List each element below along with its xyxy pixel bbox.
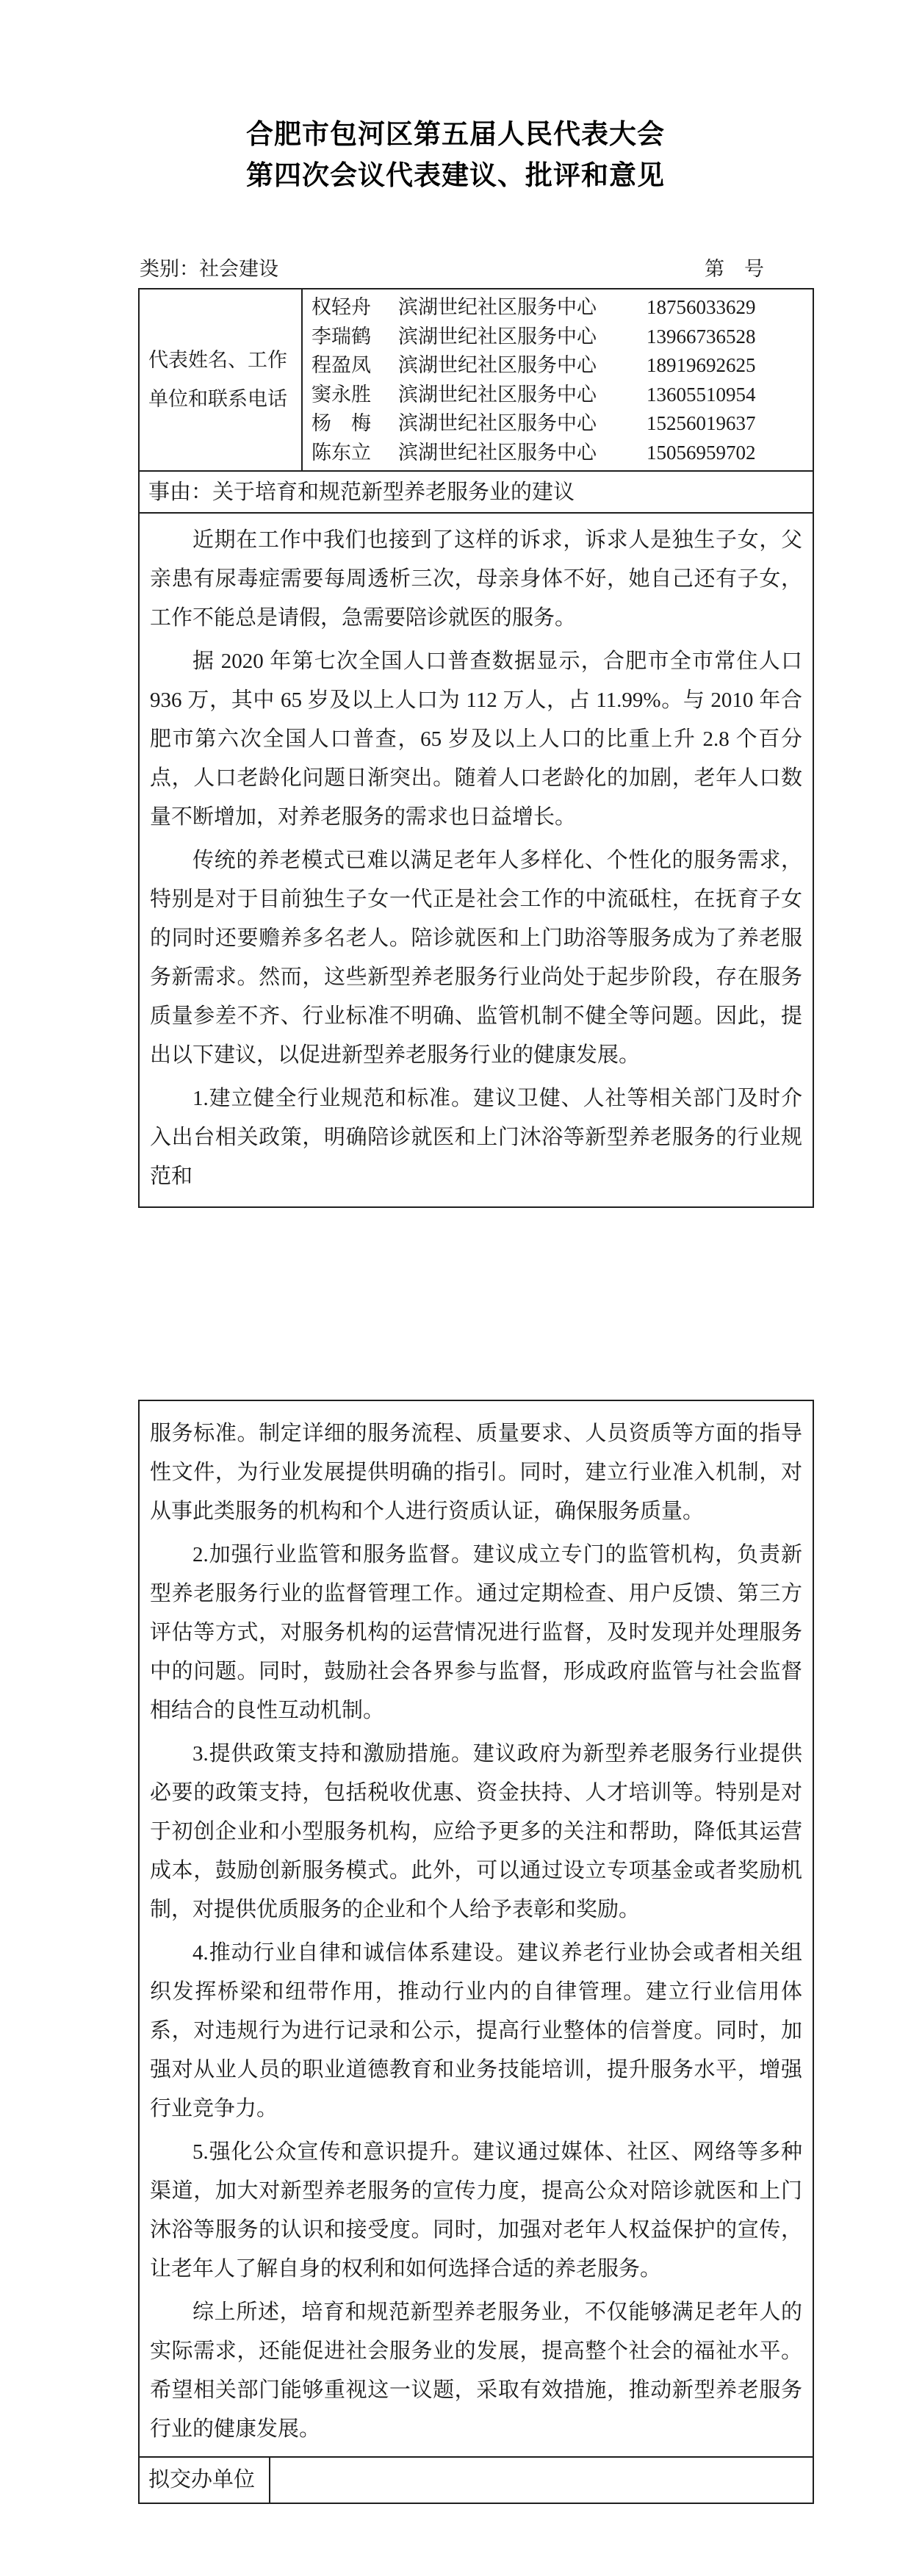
representative-name: 权轻舟 xyxy=(312,293,398,321)
representative-phone: 15256019637 xyxy=(647,409,813,437)
representative-name: 窦永胜 xyxy=(312,381,398,409)
document-page: { "title": { "line1": "合肥市包河区第五届人民代表大会",… xyxy=(0,0,911,2576)
representative-unit: 滨湖世纪社区服务中心 xyxy=(398,293,647,321)
body-paragraph: 近期在工作中我们也接到了这样的诉求，诉求人是独生子女，父亲患有尿毒症需要每周透析… xyxy=(150,521,802,638)
representative-row: 陈东立 滨湖世纪社区服务中心 15056959702 xyxy=(303,439,813,467)
representative-phone: 13966736528 xyxy=(647,323,813,350)
representative-name: 陈东立 xyxy=(312,439,398,467)
category-field: 类别：社会建设 xyxy=(140,256,278,282)
representatives-list: 权轻舟 滨湖世纪社区服务中心 18756033629 李瑞鹤 滨湖世纪社区服务中… xyxy=(303,289,813,470)
representative-unit: 滨湖世纪社区服务中心 xyxy=(398,439,647,467)
body-paragraph: 1.建立健全行业规范和标准。建议卫健、人社等相关部门及时介入出台相关政策，明确陪… xyxy=(150,1079,802,1196)
representatives-row: 代表姓名、工作单位和联系电话 权轻舟 滨湖世纪社区服务中心 1875603362… xyxy=(140,289,813,472)
document-title: 合肥市包河区第五届人民代表大会 第四次会议代表建议、批评和意见 xyxy=(0,115,911,197)
document-title-line2: 第四次会议代表建议、批评和意见 xyxy=(0,156,911,197)
body-paragraph: 服务标准。制定详细的服务流程、质量要求、人员资质等方面的指导性文件，为行业发展提… xyxy=(150,1414,802,1531)
body-text-page1: 近期在工作中我们也接到了这样的诉求，诉求人是独生子女，父亲患有尿毒症需要每周透析… xyxy=(140,514,813,1206)
body-paragraph: 传统的养老模式已难以满足老年人多样化、个性化的服务需求，特别是对于目前独生子女一… xyxy=(150,841,802,1075)
representative-row: 程盈凤 滨湖世纪社区服务中心 18919692625 xyxy=(303,351,813,379)
form-table-page2: 服务标准。制定详细的服务流程、质量要求、人员资质等方面的指导性文件，为行业发展提… xyxy=(138,1400,814,2504)
representative-row: 李瑞鹤 滨湖世纪社区服务中心 13966736528 xyxy=(303,323,813,350)
form-table-page1: 代表姓名、工作单位和联系电话 权轻舟 滨湖世纪社区服务中心 1875603362… xyxy=(138,288,814,1208)
body-paragraph: 5.强化公众宣传和意识提升。建议通过媒体、社区、网络等多种渠道，加大对新型养老服… xyxy=(150,2133,802,2289)
proposed-unit-value-cell xyxy=(270,2458,813,2503)
subject-row: 事由：关于培育和规范新型养老服务业的建议 xyxy=(140,472,813,514)
category-value: 社会建设 xyxy=(199,258,278,280)
meta-row: 类别：社会建设 第 号 xyxy=(140,256,814,282)
representative-phone: 13605510954 xyxy=(647,381,813,409)
representatives-row-label: 代表姓名、工作单位和联系电话 xyxy=(148,341,295,419)
proposed-unit-label: 拟交办单位 xyxy=(140,2458,270,2503)
representative-name: 程盈凤 xyxy=(312,351,398,379)
representative-phone: 15056959702 xyxy=(647,439,813,467)
body-paragraph: 4.推动行业自律和诚信体系建设。建议养老行业协会或者相关组织发挥桥梁和纽带作用，… xyxy=(150,1934,802,2129)
representative-unit: 滨湖世纪社区服务中心 xyxy=(398,351,647,379)
representative-phone: 18756033629 xyxy=(647,293,813,321)
body-text-page2: 服务标准。制定详细的服务流程、质量要求、人员资质等方面的指导性文件，为行业发展提… xyxy=(140,1401,813,2456)
subject-label: 事由： xyxy=(148,481,212,504)
number-label: 第 号 xyxy=(705,256,764,282)
body-paragraph: 2.加强行业监管和服务监督。建议成立专门的监管机构，负责新型养老服务行业的监督管… xyxy=(150,1536,802,1730)
representative-phone: 18919692625 xyxy=(647,351,813,379)
body-paragraph: 据 2020 年第七次全国人口普查数据显示，合肥市全市常住人口 936 万，其中… xyxy=(150,642,802,837)
category-label: 类别： xyxy=(140,258,199,280)
representative-unit: 滨湖世纪社区服务中心 xyxy=(398,409,647,437)
representative-unit: 滨湖世纪社区服务中心 xyxy=(398,381,647,409)
representative-row: 权轻舟 滨湖世纪社区服务中心 18756033629 xyxy=(303,293,813,321)
representative-row: 窦永胜 滨湖世纪社区服务中心 13605510954 xyxy=(303,381,813,409)
body-paragraph: 综上所述，培育和规范新型养老服务业，不仅能够满足老年人的实际需求，还能促进社会服… xyxy=(150,2293,802,2449)
document-title-line1: 合肥市包河区第五届人民代表大会 xyxy=(0,115,911,156)
representative-unit: 滨湖世纪社区服务中心 xyxy=(398,323,647,350)
subject-value: 关于培育和规范新型养老服务业的建议 xyxy=(212,481,575,504)
body-paragraph: 3.提供政策支持和激励措施。建议政府为新型养老服务行业提供必要的政策支持，包括税… xyxy=(150,1735,802,1929)
representative-name: 杨 梅 xyxy=(312,409,398,437)
representatives-row-label-cell: 代表姓名、工作单位和联系电话 xyxy=(140,289,303,470)
representative-name: 李瑞鹤 xyxy=(312,323,398,350)
representative-row: 杨 梅 滨湖世纪社区服务中心 15256019637 xyxy=(303,409,813,437)
proposed-unit-row: 拟交办单位 xyxy=(140,2456,813,2503)
